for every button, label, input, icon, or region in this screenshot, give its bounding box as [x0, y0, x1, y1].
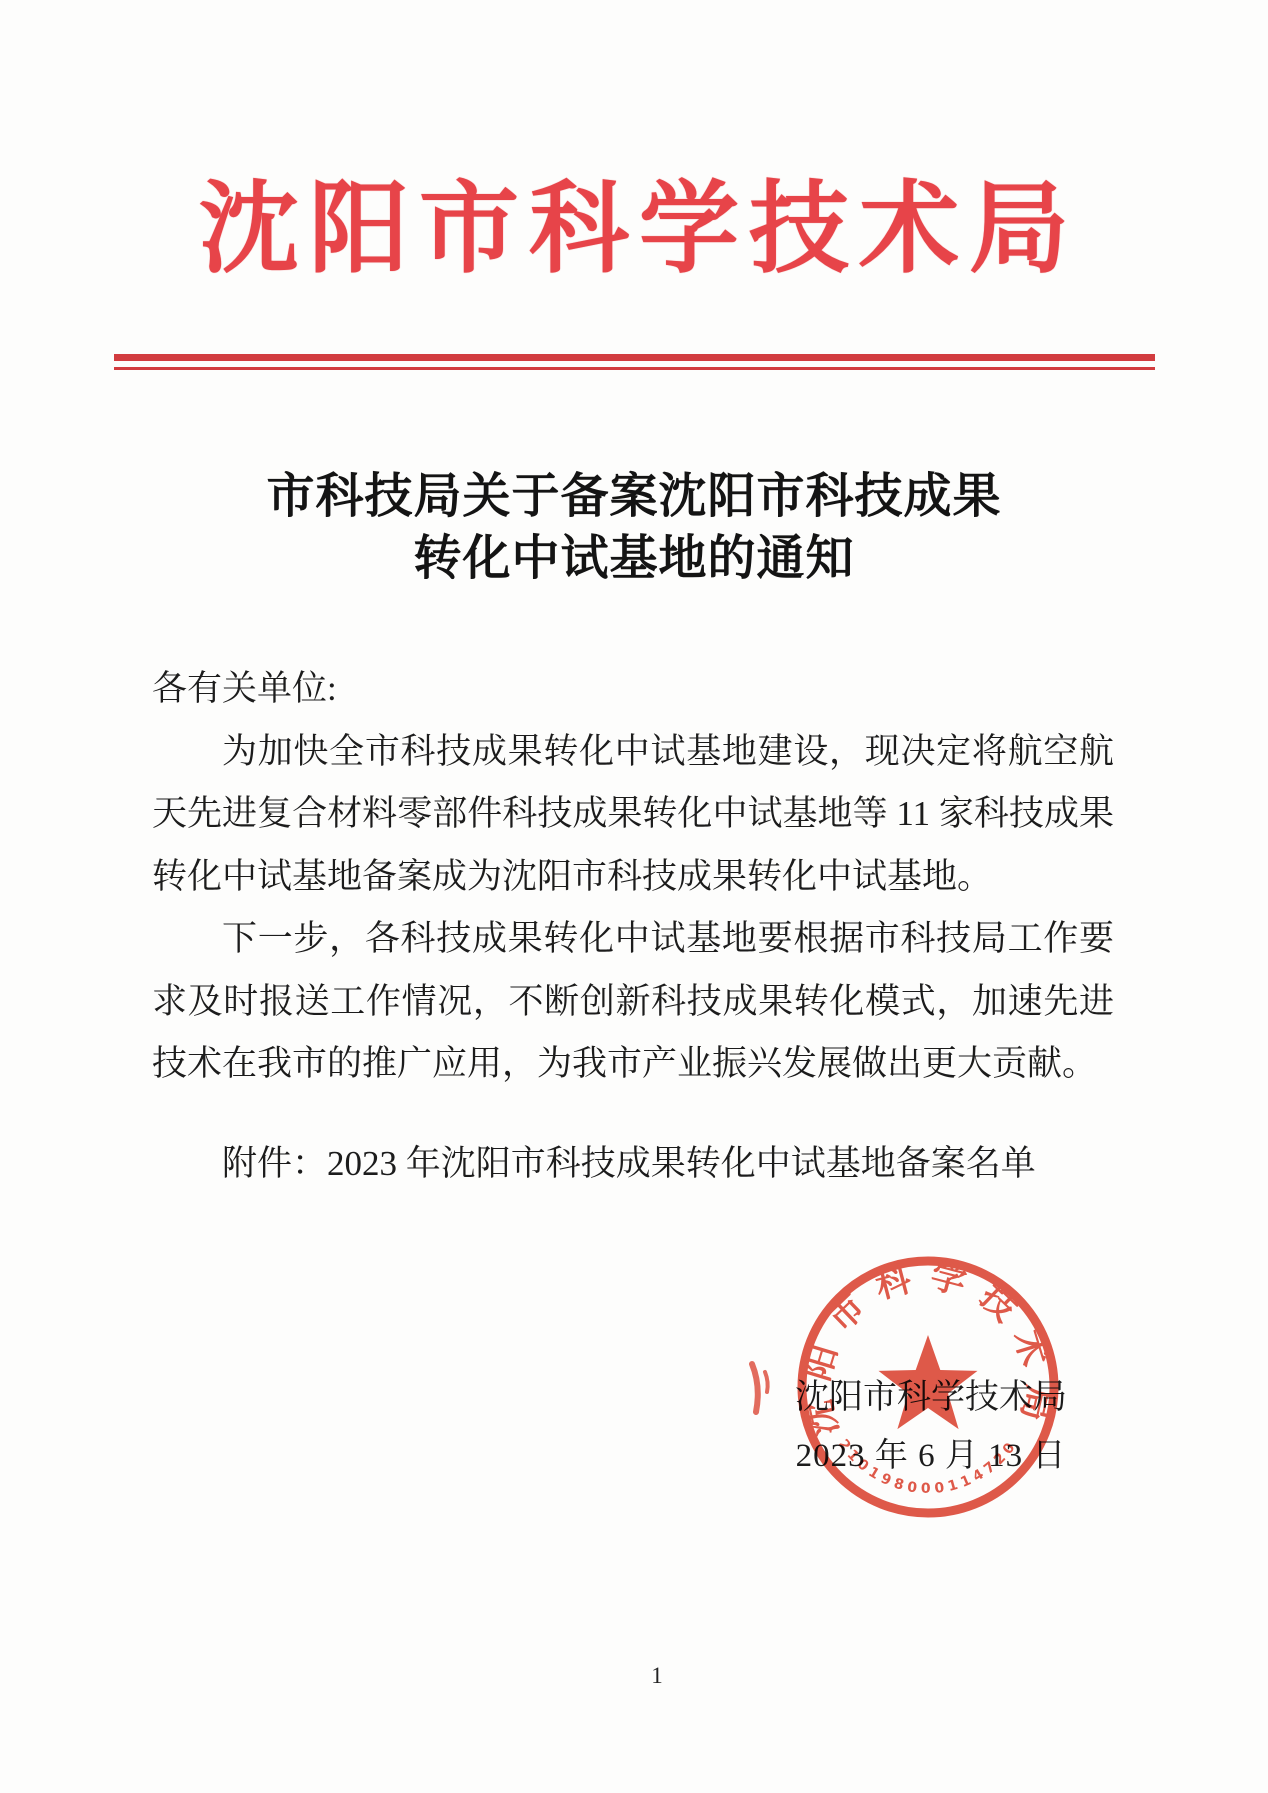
official-document-page: 沈阳市科学技术局 市科技局关于备案沈阳市科技成果 转化中试基地的通知 各有关单位…: [0, 0, 1268, 1793]
document-title-line1: 市科技局关于备案沈阳市科技成果: [0, 466, 1268, 528]
letterhead-org-name: 沈阳市科学技术局: [0, 168, 1268, 292]
salutation: 各有关单位:: [152, 658, 1114, 721]
seal-ink-smudge-icon: [738, 1358, 778, 1428]
red-star-icon: [879, 1335, 978, 1429]
document-title: 市科技局关于备案沈阳市科技成果 转化中试基地的通知: [0, 466, 1268, 590]
seal-serial-number: 210198000114720: [835, 1437, 1021, 1497]
body-paragraph-1: 为加快全市科技成果转化中试基地建设，现决定将航空航天先进复合材料零部件科技成果转…: [152, 721, 1114, 909]
official-seal: 沈阳市科学技术局 210198000114720: [793, 1252, 1063, 1522]
letterhead-rule-thin: [114, 367, 1155, 370]
svg-text:210198000114720: 210198000114720: [835, 1437, 1021, 1497]
letterhead-rule-thick: [114, 354, 1155, 361]
page-number: 1: [0, 1663, 1268, 1689]
body-paragraph-2: 下一步，各科技成果转化中试基地要根据市科技局工作要求及时报送工作情况，不断创新科…: [152, 908, 1114, 1096]
document-body: 各有关单位: 为加快全市科技成果转化中试基地建设，现决定将航空航天先进复合材料零…: [152, 658, 1114, 1096]
attachment-line: 附件：2023 年沈阳市科技成果转化中试基地备案名单: [152, 1133, 1114, 1195]
document-title-line2: 转化中试基地的通知: [0, 528, 1268, 590]
